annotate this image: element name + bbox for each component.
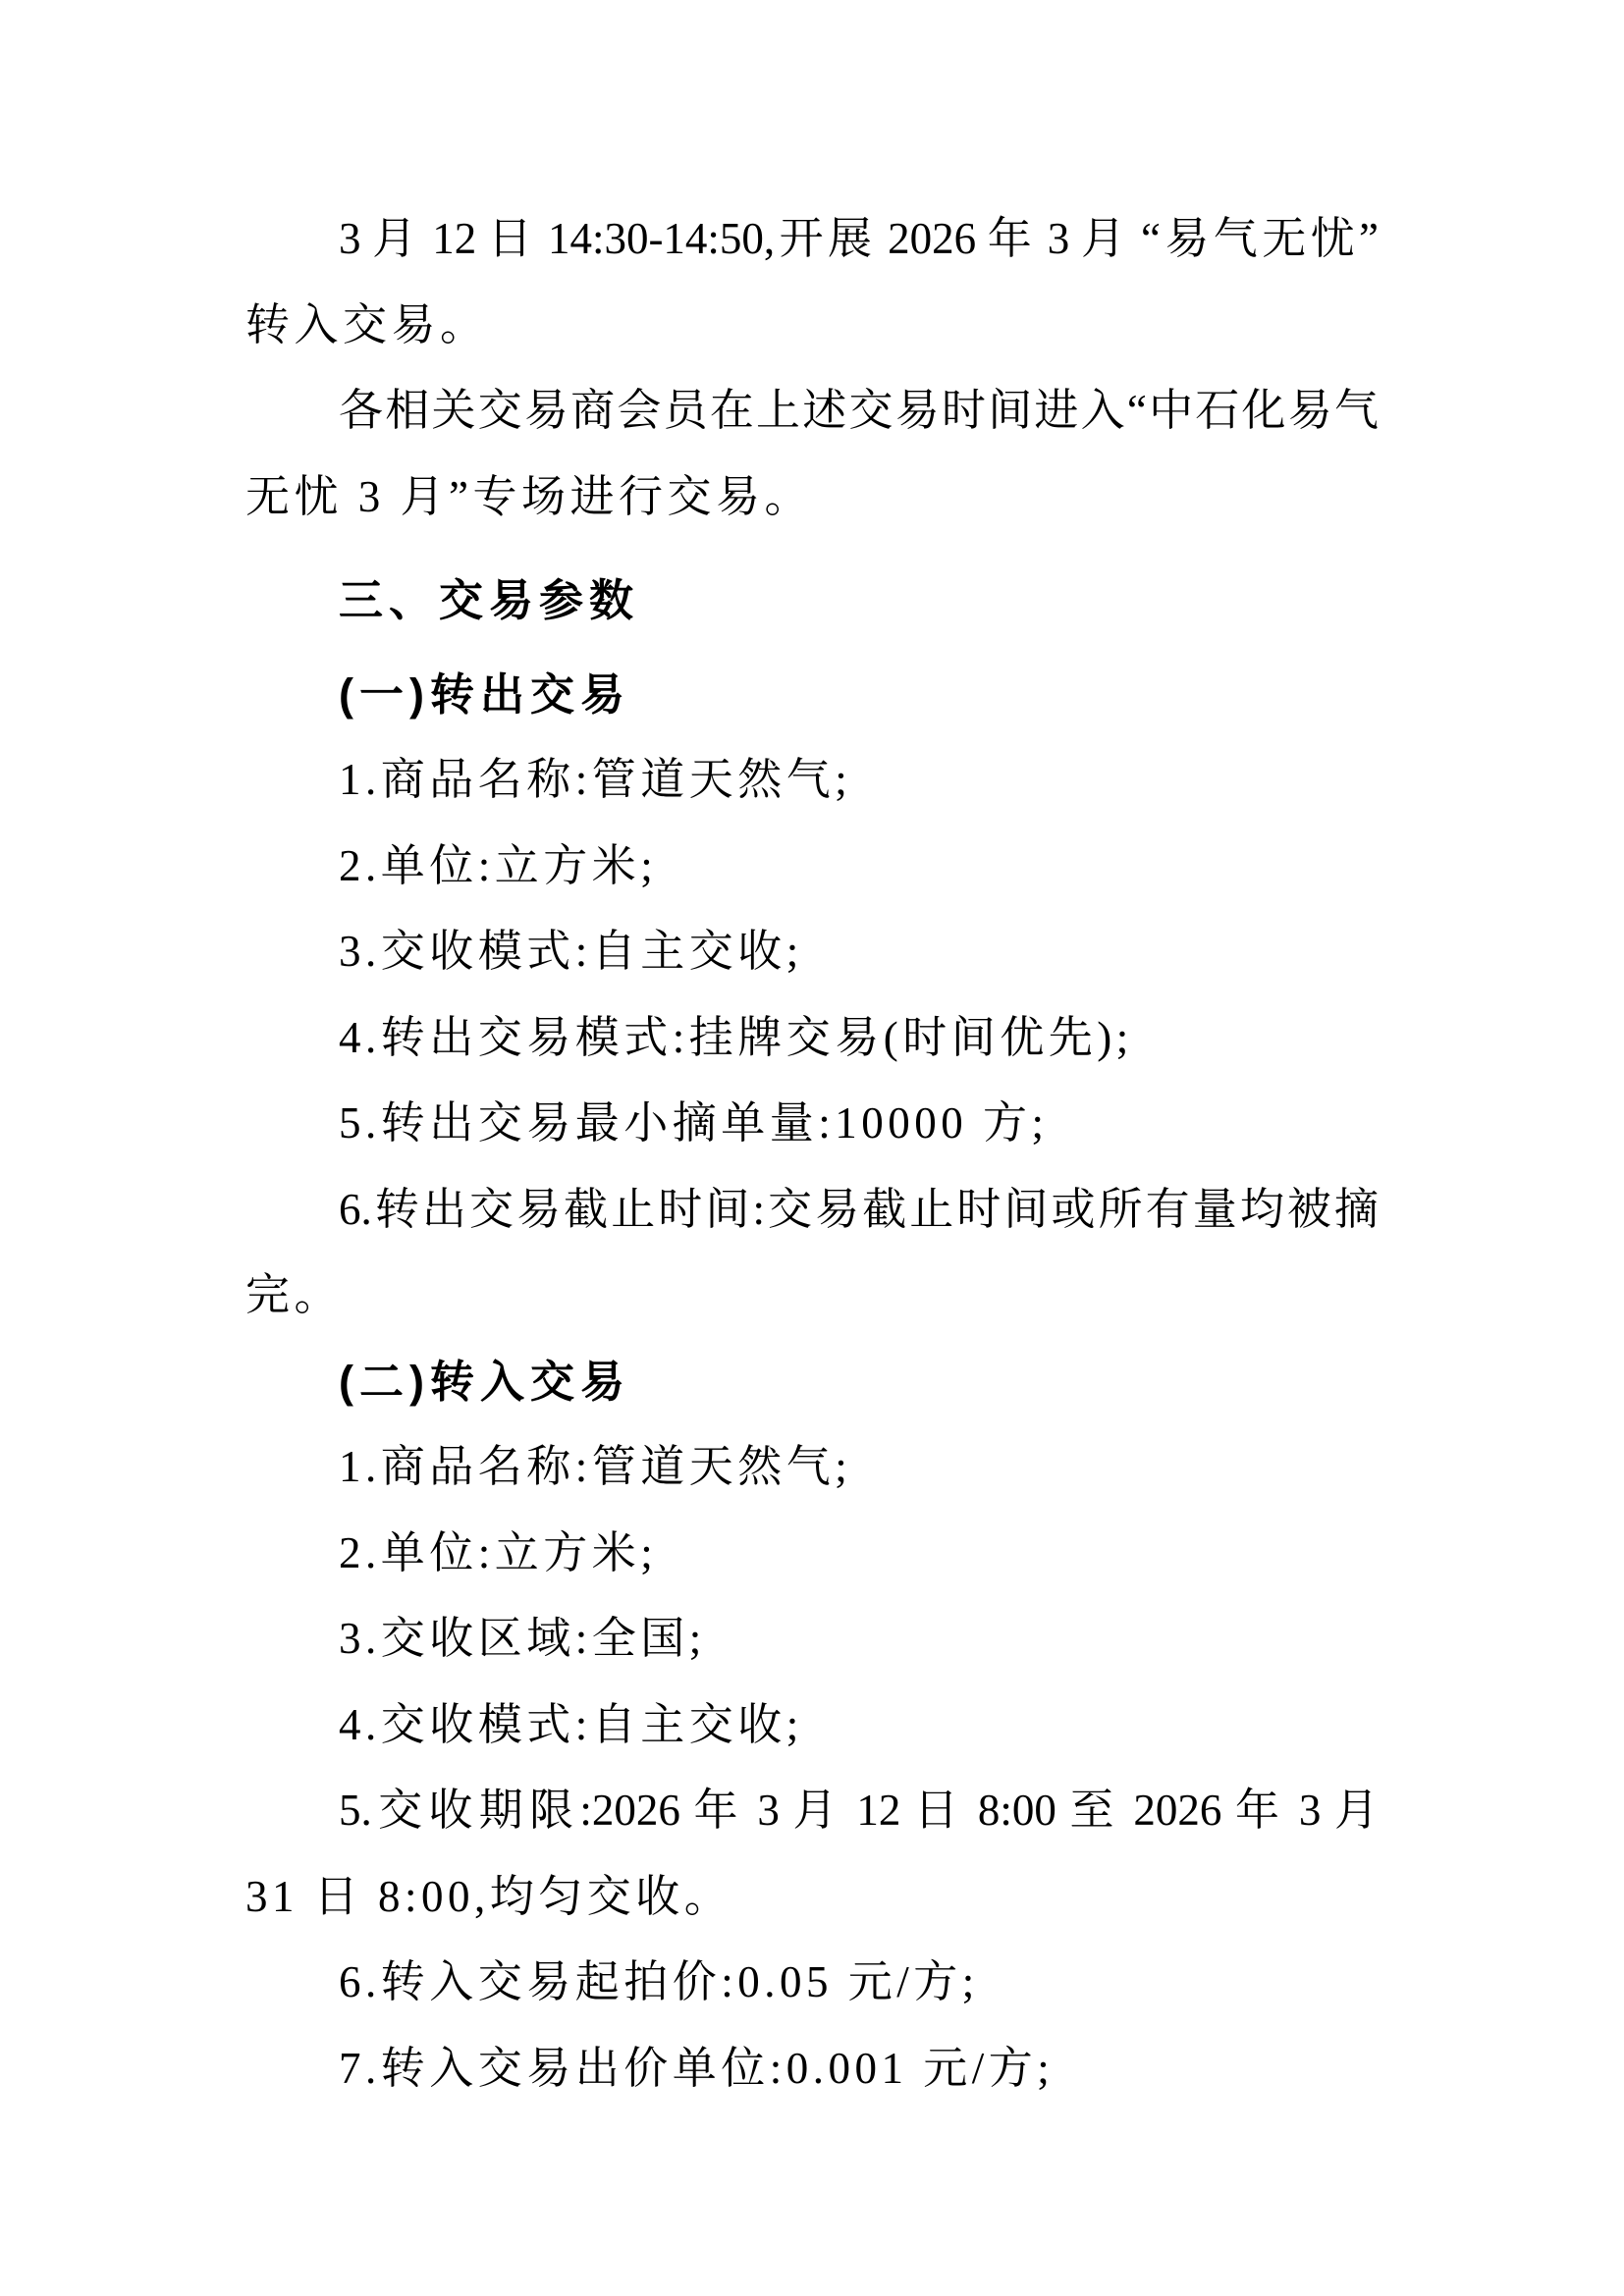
text-line: 各相关交易商会员在上述交易时间进入“中石化易气 [245, 368, 1379, 454]
text-line: 1.商品名称:管道天然气; [245, 737, 1379, 824]
text-line: 3.交收模式:自主交收; [245, 909, 1379, 995]
text-line: 转入交易。 [245, 283, 1379, 369]
document-page: 3 月 12 日 14:30-14:50,开展 2026 年 3 月 “易气无忧… [0, 0, 1624, 2296]
text-line: 6.转入交易起拍价:0.05 元/方; [245, 1940, 1379, 2026]
text-line: 无忧 3 月”专场进行交易。 [245, 454, 1379, 541]
text-line: 7.转入交易出价单位:0.001 元/方; [245, 2026, 1379, 2112]
text-line: 4.交收模式:自主交收; [245, 1682, 1379, 1769]
text-line: 1.商品名称:管道天然气; [245, 1424, 1379, 1511]
text-line: 6.转出交易截止时间:交易截止时间或所有量均被摘 [245, 1167, 1379, 1254]
text-line: 完。 [245, 1253, 1379, 1339]
text-line: 2.单位:立方米; [245, 1511, 1379, 1597]
text-line: 4.转出交易模式:挂牌交易(时间优先); [245, 995, 1379, 1082]
section-heading: (一)转出交易 [245, 652, 1379, 738]
text-line: 5.交收期限:2026 年 3 月 12 日 8:00 至 2026 年 3 月 [245, 1768, 1379, 1854]
text-line: 5.转出交易最小摘单量:10000 方; [245, 1081, 1379, 1167]
text-line: 2.单位:立方米; [245, 824, 1379, 910]
text-line: 31 日 8:00,均匀交收。 [245, 1854, 1379, 1941]
document-content: 3 月 12 日 14:30-14:50,开展 2026 年 3 月 “易气无忧… [245, 196, 1379, 2111]
section-heading: (二)转入交易 [245, 1339, 1379, 1425]
text-line: 3.交收区域:全国; [245, 1596, 1379, 1682]
text-line: 3 月 12 日 14:30-14:50,开展 2026 年 3 月 “易气无忧… [245, 196, 1379, 283]
section-heading: 三、交易参数 [245, 558, 1379, 644]
